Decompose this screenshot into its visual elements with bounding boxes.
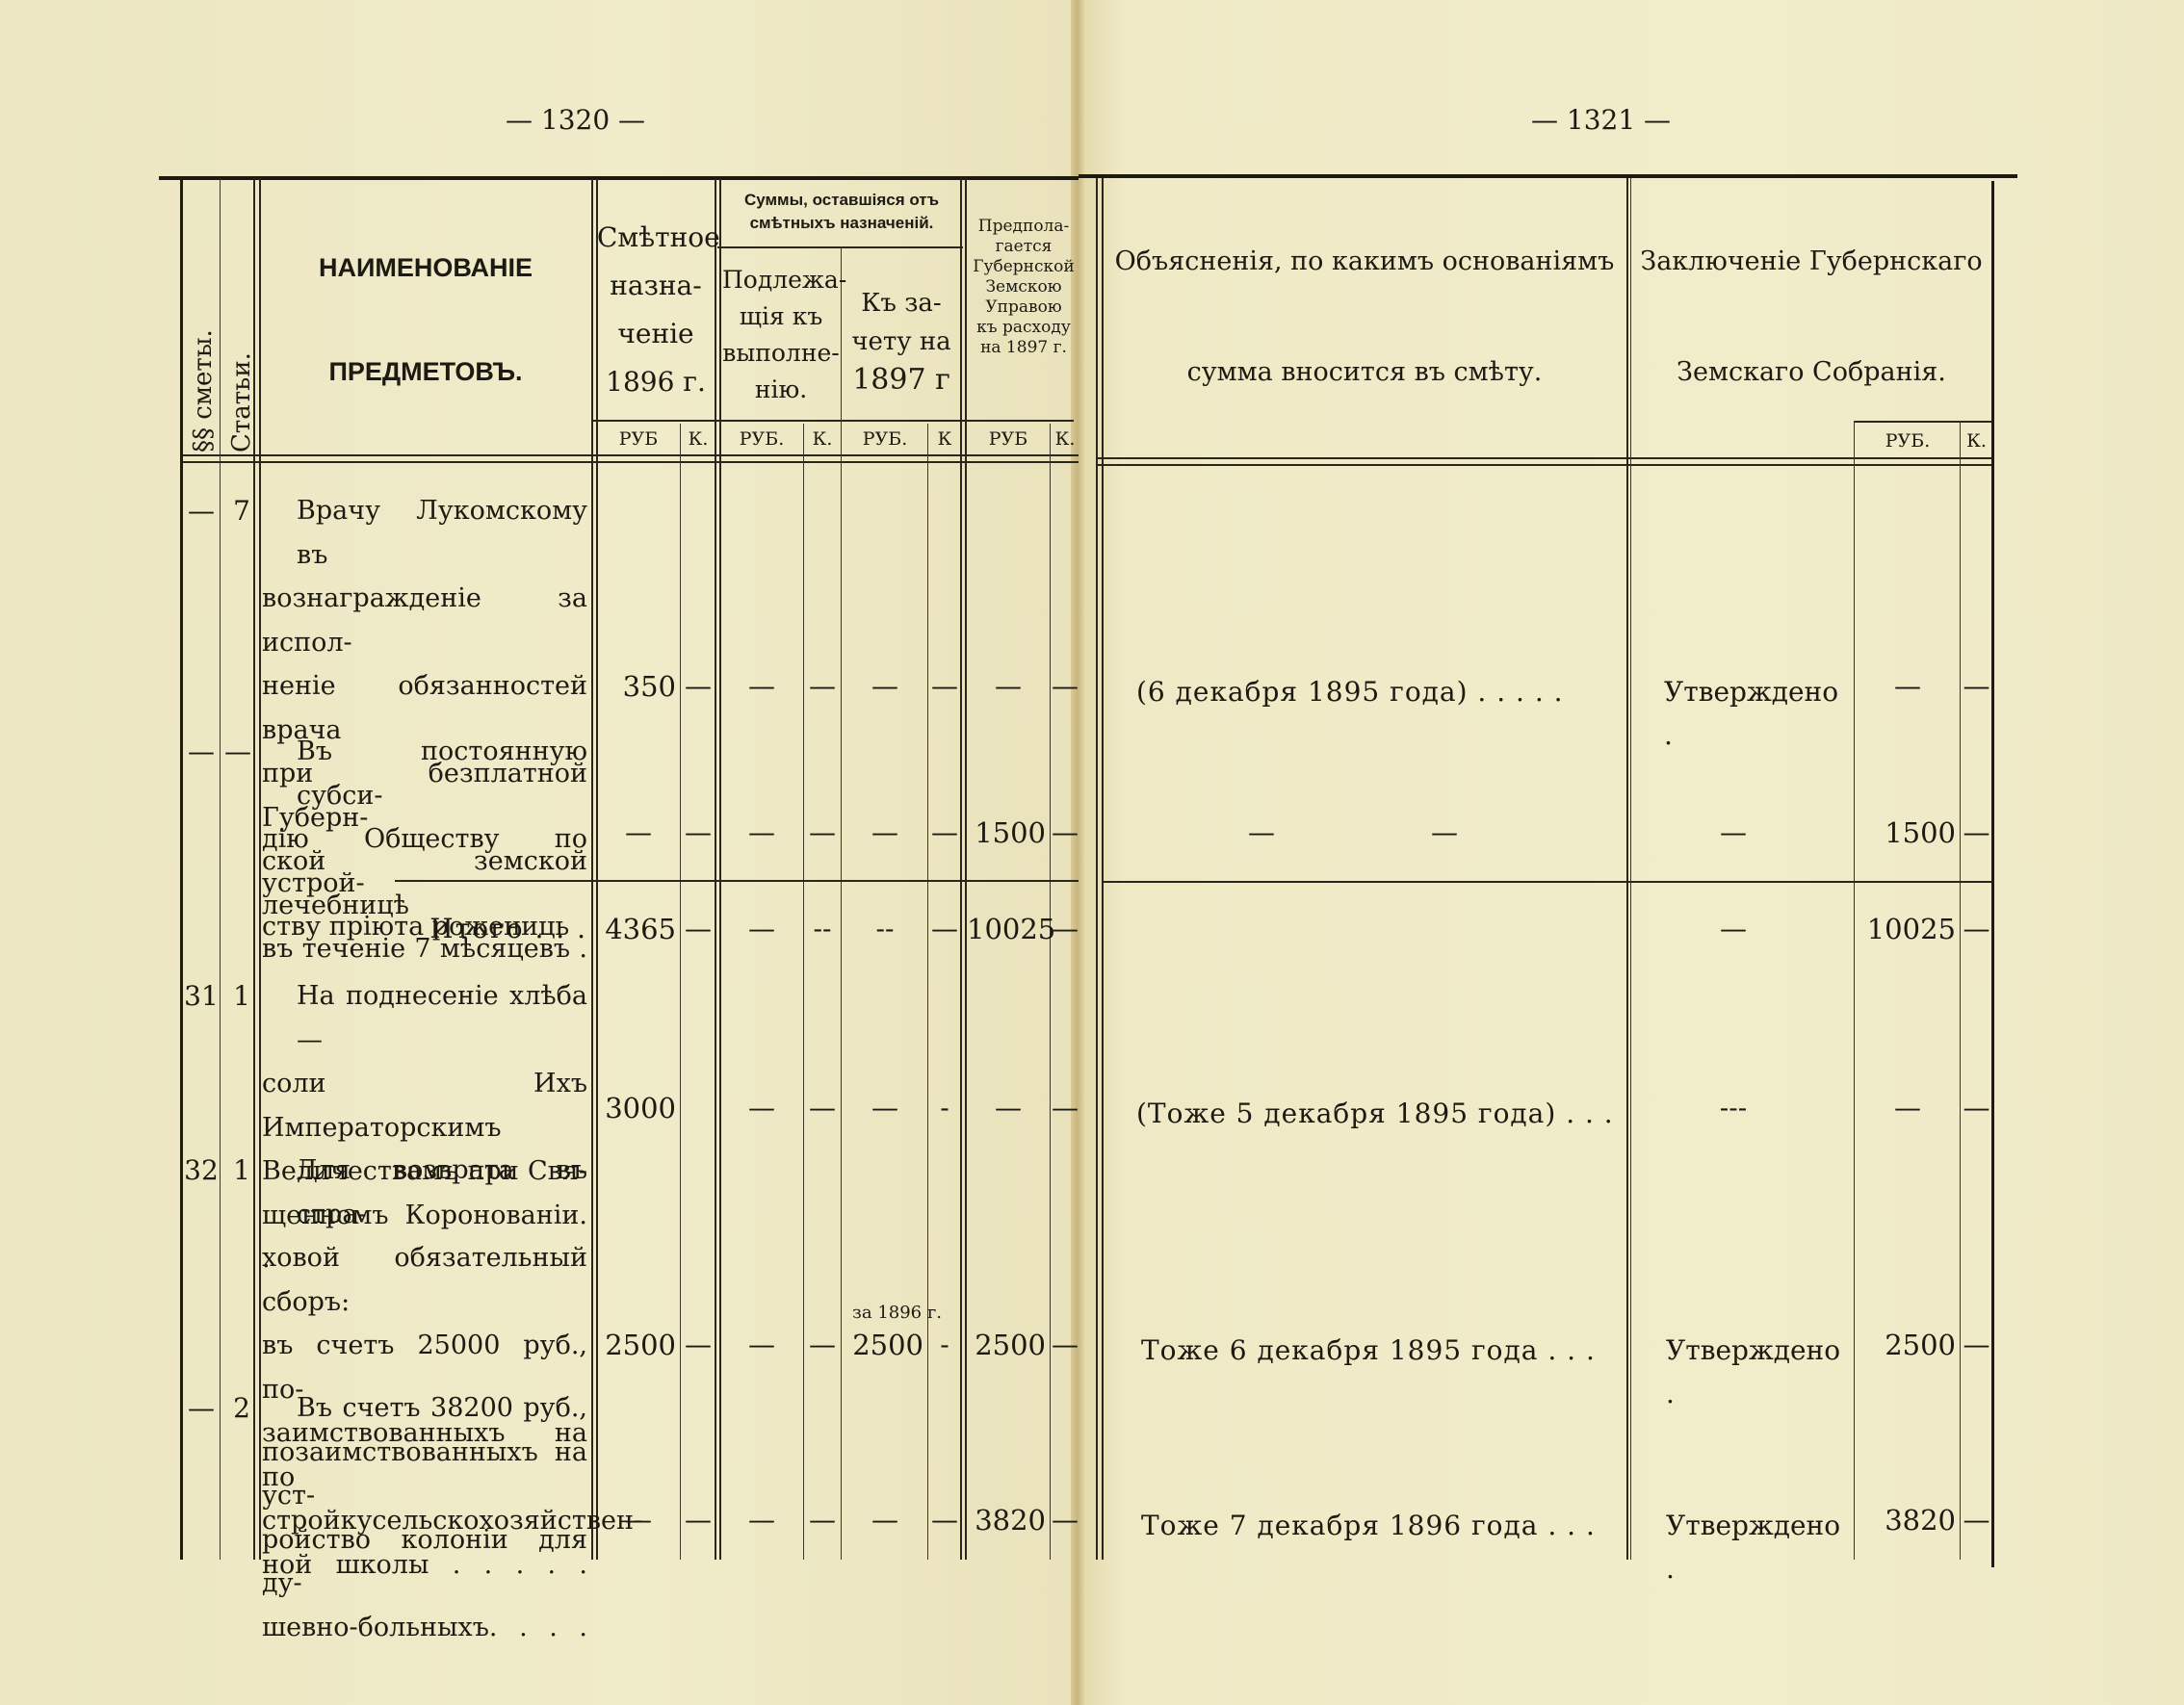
header-proposed: Предпола- гается Губернской Земскою Упра… (967, 217, 1080, 358)
sub2-note: за 1896 г. (836, 1303, 942, 1323)
header-name-line2: ПРЕДМЕТОВЪ. (262, 356, 589, 389)
sub1-l4: нiю. (722, 372, 840, 408)
final-kop: — (1962, 1504, 1991, 1536)
header-remaining-group: Суммы, оставшiяся отъ смѣтныхъ назначенi… (722, 189, 961, 235)
final-kop: — (1962, 1329, 1991, 1360)
row-article: 1 (221, 1149, 250, 1192)
page-number-left: — 1320 — (506, 104, 645, 136)
estimate-rub: — (597, 1504, 680, 1536)
desc-line: соли Ихъ Императорскимъ (262, 1062, 587, 1150)
header-rule-left-1 (180, 454, 1079, 456)
explanation: Тоже 6 декабря 1895 года . . . (1141, 1329, 1623, 1372)
desc-line: Въ счетъ 38200 руб., (262, 1386, 587, 1431)
proposed-rub: — (967, 670, 1050, 702)
header-remaining-sub1: Подлежа- щiя къ выполне- нiю. (722, 262, 840, 408)
col-sep-section (220, 178, 221, 1560)
row-section: — (183, 1386, 220, 1430)
col-sep-sub1-kop (803, 424, 804, 1560)
proposed-l3: Губернской (967, 257, 1080, 277)
unit-kop-proposed: К. (1052, 428, 1079, 452)
proposed-l1: Предпола- (967, 217, 1080, 237)
explanation-dash: — (1242, 816, 1281, 848)
sub2-rub: 2500 (843, 1329, 923, 1361)
header-estimate-l3: ченiе (597, 310, 715, 358)
proposed-rub: — (967, 1092, 1050, 1124)
desc-line: вознагражденiе за испол- (262, 577, 587, 664)
col-sep-sub2-kop (927, 424, 928, 1560)
sub2-kop: - (929, 1092, 960, 1124)
desc-line: ройство колонiи для ду- (262, 1518, 587, 1606)
total-rule-right (1104, 881, 1991, 883)
sub2-kop: — (929, 816, 960, 848)
proposed-rub: 10025 (967, 913, 1046, 945)
header-estimate-l4: 1896 г. (597, 358, 715, 406)
desc-line: Въ постоянную субси- (262, 730, 587, 817)
sub2-l1: Къ за- (844, 284, 959, 323)
col-sep-final-rub (1854, 421, 1855, 1560)
sub2-rub: — (843, 670, 927, 702)
col-sep-est-kop (680, 424, 681, 1560)
total-label: Итого . . . (404, 907, 587, 950)
estimate-rub: 2500 (597, 1329, 676, 1361)
explanation: (6 декабря 1895 года) . . . . . (1136, 670, 1618, 713)
desc-line: Для возврата въ стра- (262, 1149, 587, 1236)
desc-line: На поднесенiе хлѣба— (262, 974, 587, 1062)
unit-kop-sub1: К. (805, 428, 840, 452)
sub2-l2: чету на (844, 323, 959, 361)
sub1-kop: — (805, 670, 840, 702)
sub1-kop: — (805, 1504, 840, 1536)
desc-line: шевно-больныхъ. . . . (262, 1606, 587, 1650)
estimate-rub: 350 (597, 670, 676, 703)
proposed-kop: — (1052, 816, 1075, 848)
sub2-rub: — (843, 1504, 927, 1536)
final-kop: — (1962, 1092, 1991, 1124)
proposed-kop: — (1052, 670, 1075, 702)
estimate-rub: 3000 (597, 1092, 676, 1124)
header-explanation-l2: сумма вносится въ смѣту. (1104, 356, 1625, 389)
sub2-rub: — (843, 816, 927, 848)
desc-line: дiю Обществу по устрой- (262, 817, 587, 905)
unit-row-rule-right (1854, 421, 1993, 423)
row-description: Въ счетъ 38200 руб., позаимствованныхъ н… (262, 1386, 587, 1649)
header-remaining-sub2: Къ за- чету на 1897 г (844, 284, 959, 400)
table-border-right (1991, 181, 1994, 1567)
unit-kop-sub2: К (929, 428, 960, 452)
header-estimate-l1: Смѣтное (597, 214, 715, 262)
header-rule-right-2 (1098, 464, 1993, 466)
col-sep-explanation-2 (1630, 178, 1631, 1560)
final-rub: 2500 (1856, 1329, 1956, 1361)
sub1-rub: — (720, 816, 803, 848)
proposed-l7: на 1897 г. (967, 338, 1080, 358)
estimate-kop: — (682, 816, 715, 848)
conclusion: --- (1714, 1092, 1753, 1124)
conclusion: — (1714, 913, 1753, 944)
col-sep-final-kop (1960, 421, 1961, 1560)
sub1-rub: — (720, 913, 803, 944)
sub2-kop: — (929, 1504, 960, 1536)
unit-kop-estimate: К. (682, 428, 715, 452)
sub1-kop: — (805, 816, 840, 848)
conclusion: Утверждено . (1666, 1504, 1849, 1590)
total-rule-left (395, 880, 1079, 882)
sub2-rub: -- (843, 913, 927, 944)
row-section: — (183, 730, 220, 773)
row-section: 32 (183, 1149, 220, 1192)
top-rule-right (1079, 174, 2017, 178)
header-name-line1: НАИМЕНОВАНIЕ (262, 252, 589, 285)
explanation: (Тоже 5 декабря 1895 года) . . . (1136, 1092, 1618, 1135)
final-rub: 10025 (1856, 913, 1956, 945)
proposed-rub: 1500 (967, 816, 1046, 849)
estimate-kop: — (682, 913, 715, 944)
unit-rub-estimate: РУБ (597, 428, 680, 452)
estimate-kop: — (682, 1504, 715, 1536)
header-estimate-l2: назна- (597, 262, 715, 310)
explanation: Тоже 7 декабря 1896 года . . . (1141, 1504, 1623, 1547)
sub1-l1: Подлежа- (722, 262, 840, 298)
header-estimate: Смѣтное назна- ченiе 1896 г. (597, 214, 715, 406)
final-rub: — (1856, 1092, 1960, 1124)
final-kop: — (1962, 816, 1991, 848)
unit-rub-sub1: РУБ. (720, 428, 803, 452)
conclusion: Утверждено . (1666, 1329, 1849, 1415)
final-rub: — (1856, 670, 1960, 702)
row-section: — (183, 489, 220, 532)
unit-row-rule (592, 420, 1074, 422)
proposed-kop: — (1052, 1329, 1075, 1360)
proposed-rub: 2500 (967, 1329, 1046, 1361)
explanation-dash: — (1425, 816, 1464, 848)
sub1-l3: выполне- (722, 335, 840, 372)
conclusion: Утверждено . (1664, 670, 1847, 757)
top-rule-left (159, 176, 1079, 180)
unit-rub-final: РУБ. (1856, 430, 1960, 453)
unit-rub-proposed: РУБ (967, 428, 1050, 452)
desc-line: Врачу Лукомскому въ (262, 489, 587, 577)
col-sep-article-2 (259, 178, 261, 1560)
estimate-kop: — (682, 1329, 715, 1360)
proposed-l6: къ расходу (967, 318, 1080, 338)
sub2-kop: - (929, 1329, 960, 1360)
desc-line: позаимствованныхъ на уст- (262, 1431, 587, 1518)
proposed-kop: — (1052, 1092, 1075, 1124)
final-kop: — (1962, 913, 1991, 944)
proposed-l2: гается (967, 237, 1080, 257)
page-number-right: — 1321 — (1531, 104, 1671, 136)
col-sep-name-1 (591, 178, 593, 1560)
proposed-l5: Управою (967, 297, 1080, 318)
col-sep-sub1 (841, 246, 842, 1560)
final-rub: 1500 (1856, 816, 1956, 849)
header-section-label: §§ сметы. (189, 329, 218, 452)
sub1-kop: — (805, 1329, 840, 1360)
sub1-kop: -- (805, 913, 840, 944)
proposed-kop: — (1052, 913, 1075, 944)
sub2-kop: — (929, 670, 960, 702)
row-article: 7 (221, 489, 250, 532)
table-border-right-page-1 (1096, 178, 1098, 1560)
proposed-l4: Земскою (967, 277, 1080, 297)
col-sep-sub2-1 (960, 178, 962, 1560)
sub1-kop: — (805, 1092, 840, 1124)
sub1-rub: — (720, 1504, 803, 1536)
row-section: 31 (183, 974, 220, 1018)
header-conclusion-l1: Заключенiе Губернскаго (1633, 245, 1989, 278)
sub2-rub: — (843, 1092, 927, 1124)
estimate-rub: 4365 (597, 913, 676, 945)
col-sep-est-1 (715, 178, 716, 1560)
proposed-rub: 3820 (967, 1504, 1046, 1537)
row-article: 1 (221, 974, 250, 1018)
col-sep-proposed-kop (1050, 424, 1051, 1560)
row-article: 2 (221, 1386, 250, 1430)
header-explanation-l1: Объясненiя, по какимъ основанiямъ (1104, 245, 1625, 278)
header-conclusion-l2: Земскаго Собранiя. (1633, 356, 1989, 389)
estimate-kop: — (682, 670, 715, 702)
sub2-kop: — (929, 913, 960, 944)
conclusion: — (1714, 816, 1753, 848)
sub1-rub: — (720, 1329, 803, 1360)
desc-line: ховой обязательный сборъ: (262, 1236, 587, 1324)
proposed-kop: — (1052, 1504, 1075, 1536)
sub1-rub: — (720, 670, 803, 702)
final-rub: 3820 (1856, 1504, 1956, 1537)
estimate-rub: — (597, 816, 680, 848)
sub1-l2: щiя къ (722, 298, 840, 335)
header-rule-left-2 (180, 461, 1079, 463)
header-rule-right-1 (1098, 457, 1993, 459)
unit-rub-sub2: РУБ. (843, 428, 927, 452)
header-article-label: Статьи. (227, 352, 256, 452)
unit-kop-final: К. (1962, 430, 1991, 453)
sub2-l3: 1897 г (844, 361, 959, 400)
sub1-rub: — (720, 1092, 803, 1124)
final-kop: — (1962, 670, 1991, 702)
table-border-left (180, 178, 183, 1560)
row-article: — (221, 730, 254, 773)
col-sep-explanation-1 (1626, 178, 1628, 1560)
